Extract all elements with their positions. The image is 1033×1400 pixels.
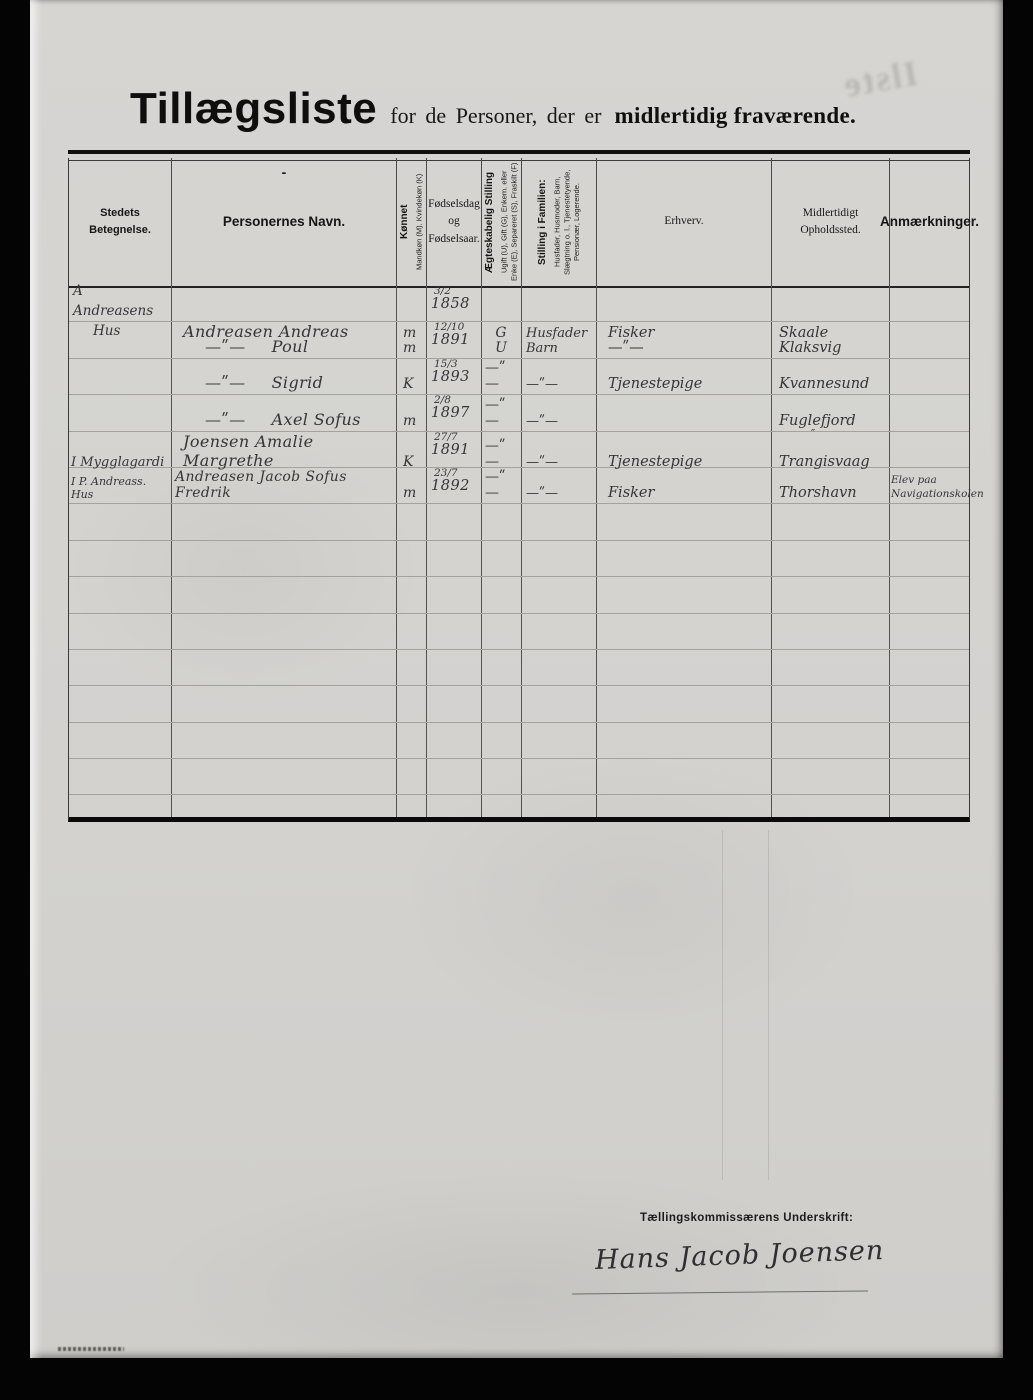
header-line: Stedets	[100, 205, 140, 222]
sex-value: m	[403, 485, 416, 501]
residence-value: Kvannesund	[779, 376, 869, 392]
cell-occupation: Fisker	[596, 468, 771, 503]
table-empty-row	[69, 504, 969, 540]
birth-daymonth: 27/7	[434, 432, 458, 443]
header-marital: Ægteskabelig Stilling Ugift (U), Gift (G…	[481, 158, 521, 286]
birth-year: 1897	[431, 406, 470, 421]
cell-occupation: Tjenestepige	[596, 432, 771, 472]
scanned-census-sheet: Ilste Tillægsliste for de Personer, der …	[0, 0, 1033, 1400]
cell-marital: —ʺ—	[481, 359, 521, 394]
table-row: —ʺ— Sigrid K 15/3 1893 —ʺ— —ʺ— Tjenestep	[69, 359, 969, 395]
person-name: Axel Sofus	[272, 410, 361, 429]
table-row: —ʺ— Axel Sofus m 2/8 1897 —ʺ— —ʺ— Fuglef	[69, 395, 969, 431]
header-line: Midlertidigt	[803, 205, 859, 222]
remark-line: Elev paa	[891, 474, 937, 488]
cell-family-position: —ʺ—	[521, 432, 596, 472]
cell-place: I P. Andreass. Hus	[69, 468, 171, 503]
header-subline: Mandkøn (M). Kvindekøn (K)	[414, 162, 424, 282]
header-line: og	[448, 213, 460, 230]
birth-year: 1891	[431, 333, 470, 348]
cell-sex: K	[396, 432, 426, 472]
cell-sex: K	[396, 359, 426, 394]
person-name: Sigrid	[272, 373, 324, 392]
vertical-text: Kønnet Mandkøn (M). Kvindekøn (K)	[399, 162, 424, 282]
cell-name: Andreasen Jacob Sofus Fredrik	[171, 468, 396, 503]
header-birth: Fødselsdag og Fødselsaar.	[426, 158, 481, 286]
table-empty-row	[69, 723, 969, 759]
table-row: —ʺ— Poul m 12/10 1891 U Barn —ʺ—	[69, 322, 969, 358]
birth-year: 1858	[431, 297, 470, 312]
header-line: Personernes Navn.	[223, 213, 345, 232]
cell-family-position: Barn	[521, 322, 596, 357]
table-empty-row	[69, 577, 969, 613]
cell-sex: m	[396, 322, 426, 357]
birth-year: 1891	[431, 443, 470, 458]
vertical-text: Ægteskabelig Stilling Ugift (U), Gift (G…	[484, 162, 519, 282]
ink-bleed-line	[722, 830, 723, 1180]
residence-value: Thorshavn	[779, 485, 857, 501]
cell-residence: ″ Trangisvaag	[771, 432, 889, 472]
sex-value: K	[403, 376, 413, 392]
header-line: Erhverv.	[664, 213, 703, 230]
cell-name: —ʺ— Sigrid	[171, 359, 396, 394]
signature-label: Tællingskommissærens Underskrift:	[640, 1212, 853, 1224]
cell-marital: —ʺ—	[481, 468, 521, 503]
header-line: Opholdssted.	[800, 222, 860, 239]
table-row: I Mygglagardi Joensen Amalie Margrethe K…	[69, 432, 969, 468]
family-value: Barn	[526, 341, 558, 356]
page-title: Tillægsliste for de Personer, der er mid…	[130, 84, 856, 134]
header-line: Stilling i Familien:	[537, 162, 550, 282]
ditto-mark: —ʺ—	[205, 373, 246, 392]
header-name: - Personernes Navn.	[171, 158, 396, 286]
remark-line: Navigationskolen	[891, 488, 984, 502]
residence-value: Klaksvig	[779, 340, 841, 356]
marital-value: —ʺ—	[485, 438, 517, 470]
residence-value: Fuglefjord	[779, 413, 856, 429]
place-line: A Andreasens	[73, 281, 167, 321]
header-subline: Husfader, Husmoder, Barn, Slægtning o. l…	[552, 162, 581, 282]
ditto-mark: —ʺ—	[205, 410, 246, 429]
cell-family-position: —ʺ—	[521, 395, 596, 430]
family-value: —ʺ—	[526, 486, 558, 501]
cell-occupation: —ʺ—	[596, 322, 771, 357]
table-body: A Andreasens Hus Andreasen Andreas m 3/2…	[68, 286, 970, 822]
marital-value: —ʺ—	[485, 360, 517, 392]
birth-year: 1892	[431, 479, 470, 494]
table-empty-row	[69, 686, 969, 722]
cell-birthdate: 27/7 1891	[426, 432, 481, 472]
occupation-value: Fisker	[608, 485, 654, 501]
cell-birthdate: 2/8 1897	[426, 395, 481, 430]
cell-sex: m	[396, 468, 426, 503]
place-line: I P. Andreass. Hus	[71, 475, 167, 501]
cell-place: I Mygglagardi	[69, 432, 171, 472]
cell-birthdate: 12/10 1891	[426, 322, 481, 357]
cell-residence: Fuglefjord	[771, 395, 889, 430]
person-name: Joensen Amalie Margrethe	[183, 432, 392, 470]
cell-sex: m	[396, 395, 426, 430]
dash-mark: -	[172, 164, 396, 180]
table-empty-row	[69, 541, 969, 577]
header-line: Anmærkninger.	[880, 213, 979, 232]
family-value: —ʺ—	[526, 414, 558, 429]
cell-residence: Klaksvig	[771, 322, 889, 357]
header-place: Stedets Betegnelse.	[69, 158, 171, 286]
cell-birthdate: 23/7 1892	[426, 468, 481, 503]
table-empty-row	[69, 795, 969, 830]
signature-underline	[572, 1290, 868, 1294]
marital-value: U	[495, 340, 507, 356]
sex-value: m	[403, 340, 416, 356]
table-empty-row	[69, 650, 969, 686]
cell-marital: U	[481, 322, 521, 357]
ditto-mark: —ʺ—	[205, 337, 246, 356]
signature: Hans Jacob Joensen	[595, 1235, 885, 1276]
cell-residence: Thorshavn	[771, 468, 889, 503]
header-line: Fødselsaar.	[428, 231, 479, 248]
occupation-value: Tjenestepige	[608, 376, 702, 392]
title-mid: for de Personer, der er	[390, 103, 601, 129]
sex-value: m	[403, 413, 416, 429]
marital-value: —ʺ—	[485, 397, 517, 429]
cell-occupation: Tjenestepige	[596, 359, 771, 394]
table-row: I P. Andreass. Hus Andreasen Jacob Sofus…	[69, 468, 969, 504]
header-sex: Kønnet Mandkøn (M). Kvindekøn (K)	[396, 158, 426, 286]
cell-remarks: Elev paa Navigationskolen	[889, 468, 969, 503]
header-subline: Ugift (U), Gift (G), Enkem. eller Enke (…	[500, 162, 520, 282]
person-name: Andreasen Jacob Sofus Fredrik	[175, 469, 392, 501]
marital-value: —ʺ—	[485, 469, 517, 501]
header-residence: Midlertidigt Opholdssted.	[771, 158, 889, 286]
family-value: —ʺ—	[526, 377, 558, 392]
cell-name: Joensen Amalie Margrethe	[171, 432, 396, 472]
cell-birthdate: 15/3 1893	[426, 359, 481, 394]
page-edge-highlight	[30, 0, 42, 1358]
table-empty-row	[69, 759, 969, 795]
header-line: Kønnet	[399, 162, 412, 282]
paper-page: Ilste Tillægsliste for de Personer, der …	[30, 0, 1003, 1358]
title-end: midlertidig fraværende.	[614, 103, 856, 129]
cell-residence: Kvannesund	[771, 359, 889, 394]
cell-family-position: —ʺ—	[521, 359, 596, 394]
header-line: Fødselsdag	[428, 196, 480, 213]
vertical-text: Stilling i Familien: Husfader, Husmoder,…	[537, 162, 582, 282]
table-header: Stedets Betegnelse. - Personernes Navn. …	[68, 158, 970, 288]
header-occupation: Erhverv.	[596, 158, 771, 286]
title-main: Tillægsliste	[130, 84, 377, 134]
birth-year: 1893	[431, 370, 470, 385]
table-empty-row	[69, 614, 969, 650]
header-family-position: Stilling i Familien: Husfader, Husmoder,…	[521, 158, 596, 286]
header-line: Ægteskabelig Stilling	[484, 162, 497, 282]
ink-bleed-line	[768, 830, 769, 1180]
person-name: Poul	[272, 337, 309, 356]
header-line: Betegnelse.	[89, 222, 151, 239]
cell-family-position: —ʺ—	[521, 468, 596, 503]
cell-name: —ʺ— Axel Sofus	[171, 395, 396, 430]
header-remarks: Anmærkninger.	[889, 158, 969, 286]
cell-marital: —ʺ—	[481, 395, 521, 430]
ditto-mark: ″	[811, 427, 815, 440]
table-row: A Andreasens Hus Andreasen Andreas m 3/2…	[69, 286, 969, 322]
printer-imprint	[58, 1347, 124, 1351]
cell-marital: —ʺ—	[481, 432, 521, 472]
cell-name: —ʺ— Poul	[171, 322, 396, 357]
occupation-value: —ʺ—	[608, 340, 644, 356]
